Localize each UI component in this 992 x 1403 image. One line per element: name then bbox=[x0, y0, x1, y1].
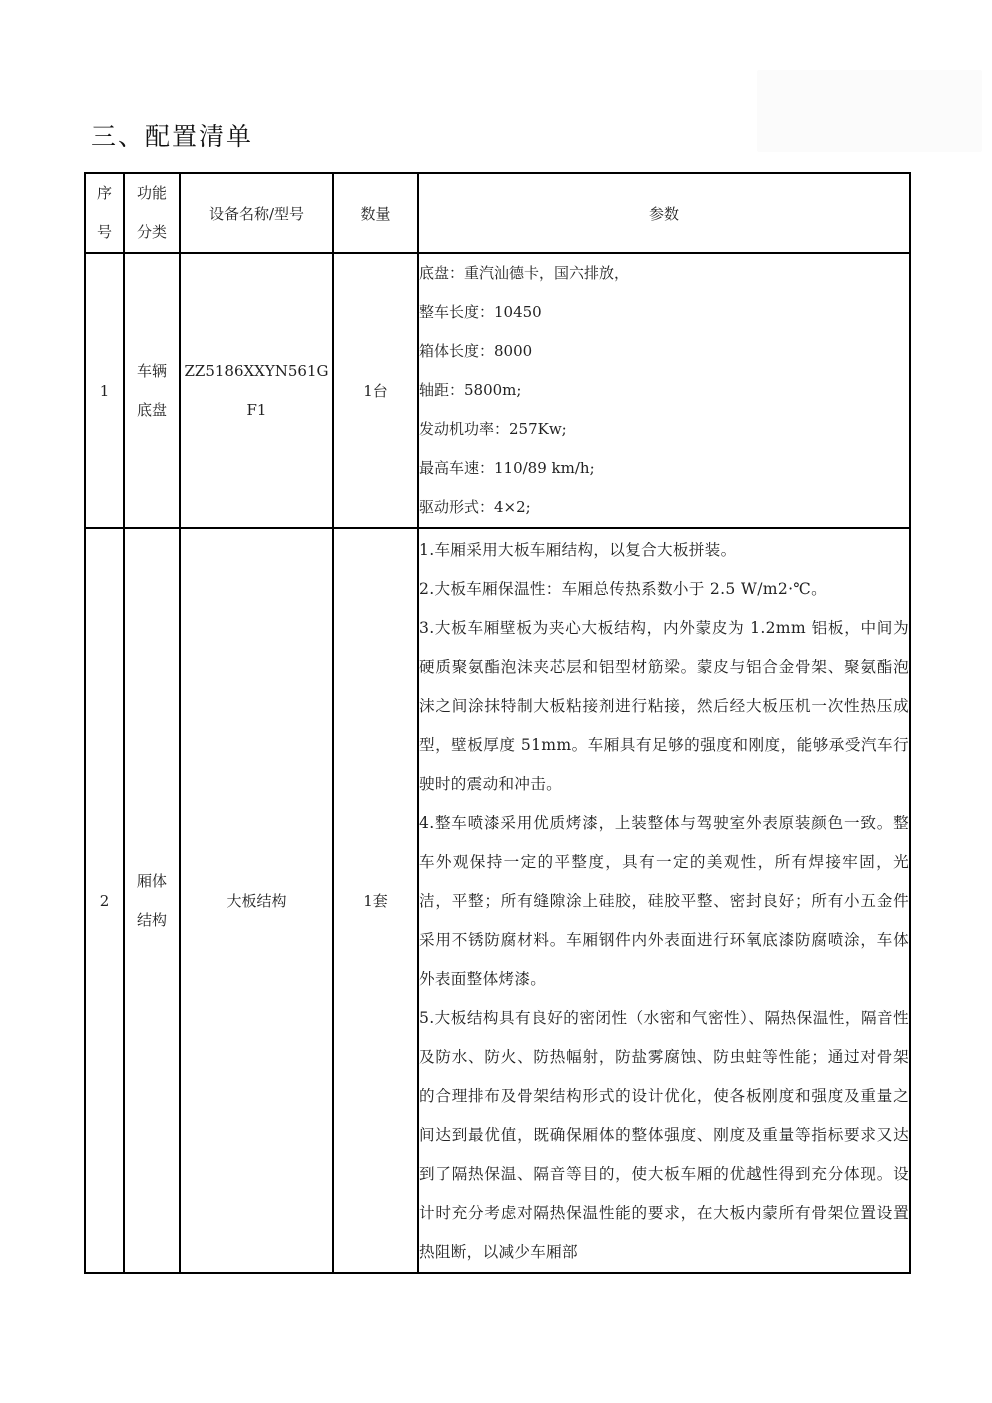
header-category-line2: 分类 bbox=[125, 213, 179, 252]
header-name-model: 设备名称/型号 bbox=[180, 173, 333, 253]
table-row: 1 车辆 底盘 ZZ5186XXYN561GF1 1台 底盘：重汽汕德卡，国六排… bbox=[85, 253, 910, 528]
header-quantity: 数量 bbox=[333, 173, 418, 253]
cell-seq: 1 bbox=[85, 253, 124, 528]
param-paragraph: 2.大板车厢保温性：车厢总传热系数小于 2.5 W/m2·℃。 bbox=[419, 570, 909, 609]
cell-category: 厢体 结构 bbox=[124, 528, 180, 1273]
param-paragraph: 4.整车喷漆采用优质烤漆，上装整体与驾驶室外表原装颜色一致。整车外观保持一定的平… bbox=[419, 804, 909, 999]
cell-seq: 2 bbox=[85, 528, 124, 1273]
param-paragraph: 3.大板车厢壁板为夹心大板结构，内外蒙皮为 1.2mm 铝板，中间为硬质聚氨酯泡… bbox=[419, 609, 909, 804]
cell-params: 1.车厢采用大板车厢结构，以复合大板拼装。 2.大板车厢保温性：车厢总传热系数小… bbox=[418, 528, 910, 1273]
cell-quantity: 1台 bbox=[333, 253, 418, 528]
param-paragraph: 5.大板结构具有良好的密闭性（水密和气密性）、隔热保温性，隔音性及防水、防火、防… bbox=[419, 999, 909, 1272]
cell-quantity: 1套 bbox=[333, 528, 418, 1273]
param-line: 驱动形式：4×2; bbox=[419, 488, 909, 527]
header-category-line1: 功能 bbox=[125, 174, 179, 213]
table-header-row: 序 号 功能 分类 设备名称/型号 数量 参数 bbox=[85, 173, 910, 253]
param-paragraph: 1.车厢采用大板车厢结构，以复合大板拼装。 bbox=[419, 531, 909, 570]
table-row: 2 厢体 结构 大板结构 1套 1.车厢采用大板车厢结构，以复合大板拼装。 2.… bbox=[85, 528, 910, 1273]
header-category: 功能 分类 bbox=[124, 173, 180, 253]
config-table: 序 号 功能 分类 设备名称/型号 数量 参数 1 车辆 底盘 ZZ5186XX… bbox=[84, 172, 911, 1274]
param-line: 最高车速：110/89 km/h; bbox=[419, 449, 909, 488]
header-params: 参数 bbox=[418, 173, 910, 253]
cell-category: 车辆 底盘 bbox=[124, 253, 180, 528]
header-seq: 序 号 bbox=[85, 173, 124, 253]
param-line: 整车长度：10450 bbox=[419, 293, 909, 332]
section-title: 三、配置清单 bbox=[91, 117, 253, 153]
faint-watermark-box bbox=[757, 70, 982, 152]
header-seq-line2: 号 bbox=[86, 213, 123, 252]
param-line: 底盘：重汽汕德卡，国六排放， bbox=[419, 254, 909, 293]
cell-name-model: 大板结构 bbox=[180, 528, 333, 1273]
header-seq-line1: 序 bbox=[86, 174, 123, 213]
cell-category-line2: 结构 bbox=[125, 901, 179, 940]
cell-params: 底盘：重汽汕德卡，国六排放， 整车长度：10450 箱体长度：8000 轴距：5… bbox=[418, 253, 910, 528]
param-line: 轴距：5800m; bbox=[419, 371, 909, 410]
param-line: 箱体长度：8000 bbox=[419, 332, 909, 371]
cell-category-line1: 车辆 bbox=[125, 352, 179, 391]
param-line: 发动机功率：257Kw; bbox=[419, 410, 909, 449]
cell-category-line1: 厢体 bbox=[125, 862, 179, 901]
cell-category-line2: 底盘 bbox=[125, 391, 179, 430]
cell-name-model: ZZ5186XXYN561GF1 bbox=[180, 253, 333, 528]
